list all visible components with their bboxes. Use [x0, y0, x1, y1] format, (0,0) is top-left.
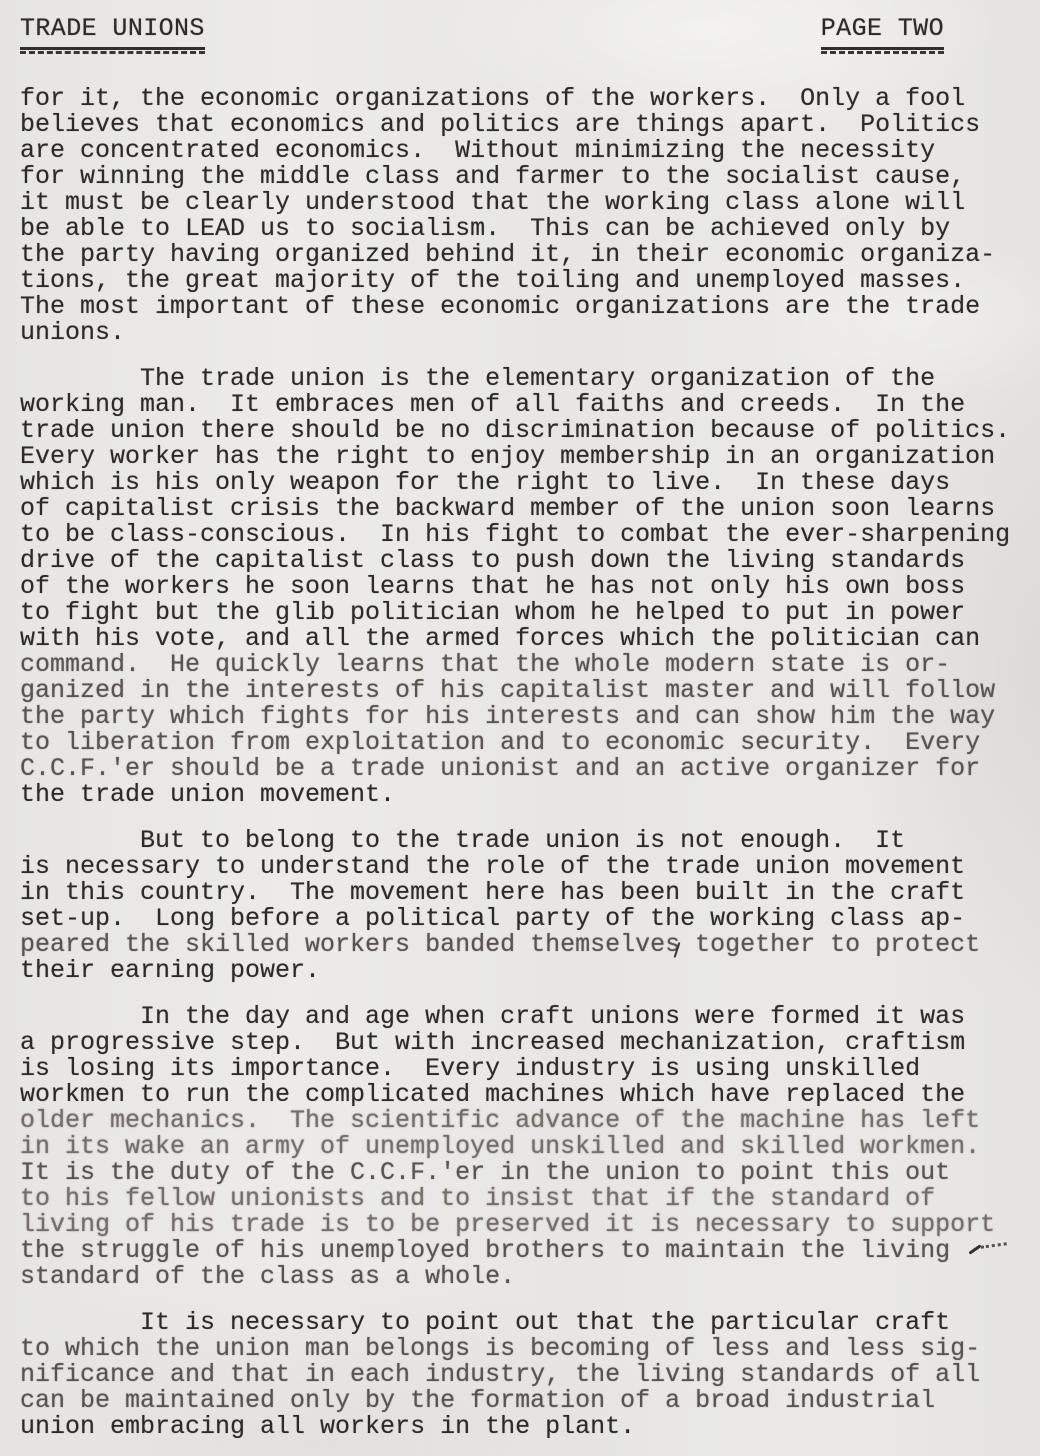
text-line: it must be clearly understood that the w…: [20, 190, 1040, 216]
text-line: living of his trade is to be preserved i…: [20, 1212, 1040, 1238]
text-line: It is necessary to point out that the pa…: [20, 1310, 1040, 1336]
text-line: standard of the class as a whole.: [20, 1264, 1040, 1290]
text-line: to which the union man belongs is becomi…: [20, 1336, 1040, 1362]
text-line: the party having organized behind it, in…: [20, 242, 1040, 268]
text-line: tions, the great majority of the toiling…: [20, 268, 1040, 294]
document-title: TRADE UNIONS: [20, 14, 205, 50]
text-line: working man. It embraces men of all fait…: [20, 392, 1040, 418]
text-line: unions.: [20, 320, 1040, 346]
text-line: The trade union is the elementary organi…: [20, 366, 1040, 392]
text-line: can be maintained only by the formation …: [20, 1388, 1040, 1414]
text-line: union embracing all workers in the plant…: [20, 1414, 1040, 1440]
text-line: The most important of these economic org…: [20, 294, 1040, 320]
text-line: in its wake an army of unemployed unskil…: [20, 1134, 1040, 1160]
text-line: the party which fights for his interests…: [20, 704, 1040, 730]
text-line: which is his only weapon for the right t…: [20, 470, 1040, 496]
text-line: But to belong to the trade union is not …: [20, 828, 1040, 854]
text-line: nificance and that in each industry, the…: [20, 1362, 1040, 1388]
page-header: TRADE UNIONS PAGE TWO: [20, 14, 1040, 50]
text-line: their earning power.: [20, 958, 1040, 984]
text-line: for winning the middle class and farmer …: [20, 164, 1040, 190]
text-line: are concentrated economics. Without mini…: [20, 138, 1040, 164]
document-body: for it, the economic organizations of th…: [20, 86, 1040, 1440]
text-line: the struggle of his unemployed brothers …: [20, 1238, 1040, 1264]
text-line: Every worker has the right to enjoy memb…: [20, 444, 1040, 470]
text-line: in this country. The movement here has b…: [20, 880, 1040, 906]
text-line: older mechanics. The scientific advance …: [20, 1108, 1040, 1134]
text-line: for it, the economic organizations of th…: [20, 86, 1040, 112]
text-line: peared the skilled workers banded themse…: [20, 932, 1040, 958]
text-line: to fight but the glib politician whom he…: [20, 600, 1040, 626]
text-line: with his vote, and all the armed forces …: [20, 626, 1040, 652]
page-content: TRADE UNIONS PAGE TWO for it, the econom…: [0, 0, 1040, 1440]
text-line: In the day and age when craft unions wer…: [20, 1004, 1040, 1030]
text-line: trade union there should be no discrimin…: [20, 418, 1040, 444]
paragraph: The trade union is the elementary organi…: [20, 366, 1040, 808]
text-line: be able to LEAD us to socialism. This ca…: [20, 216, 1040, 242]
text-line: is losing its importance. Every industry…: [20, 1056, 1040, 1082]
text-line: command. He quickly learns that the whol…: [20, 652, 1040, 678]
text-line: to liberation from exploitation and to e…: [20, 730, 1040, 756]
paragraph: It is necessary to point out that the pa…: [20, 1310, 1040, 1440]
text-line: workmen to run the complicated machines …: [20, 1082, 1040, 1108]
paragraph: In the day and age when craft unions wer…: [20, 1004, 1040, 1290]
text-line: is necessary to understand the role of t…: [20, 854, 1040, 880]
paragraph: for it, the economic organizations of th…: [20, 86, 1040, 346]
page-number-label: PAGE TWO: [821, 14, 944, 50]
text-line: of the workers he soon learns that he ha…: [20, 574, 1040, 600]
text-line: C.C.F.'er should be a trade unionist and…: [20, 756, 1040, 782]
text-line: believes that economics and politics are…: [20, 112, 1040, 138]
text-line: a progressive step. But with increased m…: [20, 1030, 1040, 1056]
text-line: the trade union movement.: [20, 782, 1040, 808]
text-line: to be class-conscious. In his fight to c…: [20, 522, 1040, 548]
text-line: of capitalist crisis the backward member…: [20, 496, 1040, 522]
typewritten-page: TRADE UNIONS PAGE TWO for it, the econom…: [0, 0, 1040, 1456]
text-line: It is the duty of the C.C.F.'er in the u…: [20, 1160, 1040, 1186]
text-line: drive of the capitalist class to push do…: [20, 548, 1040, 574]
text-line: ganized in the interests of his capitali…: [20, 678, 1040, 704]
text-line: set-up. Long before a political party of…: [20, 906, 1040, 932]
paragraph: But to belong to the trade union is not …: [20, 828, 1040, 984]
text-line: to his fellow unionists and to insist th…: [20, 1186, 1040, 1212]
